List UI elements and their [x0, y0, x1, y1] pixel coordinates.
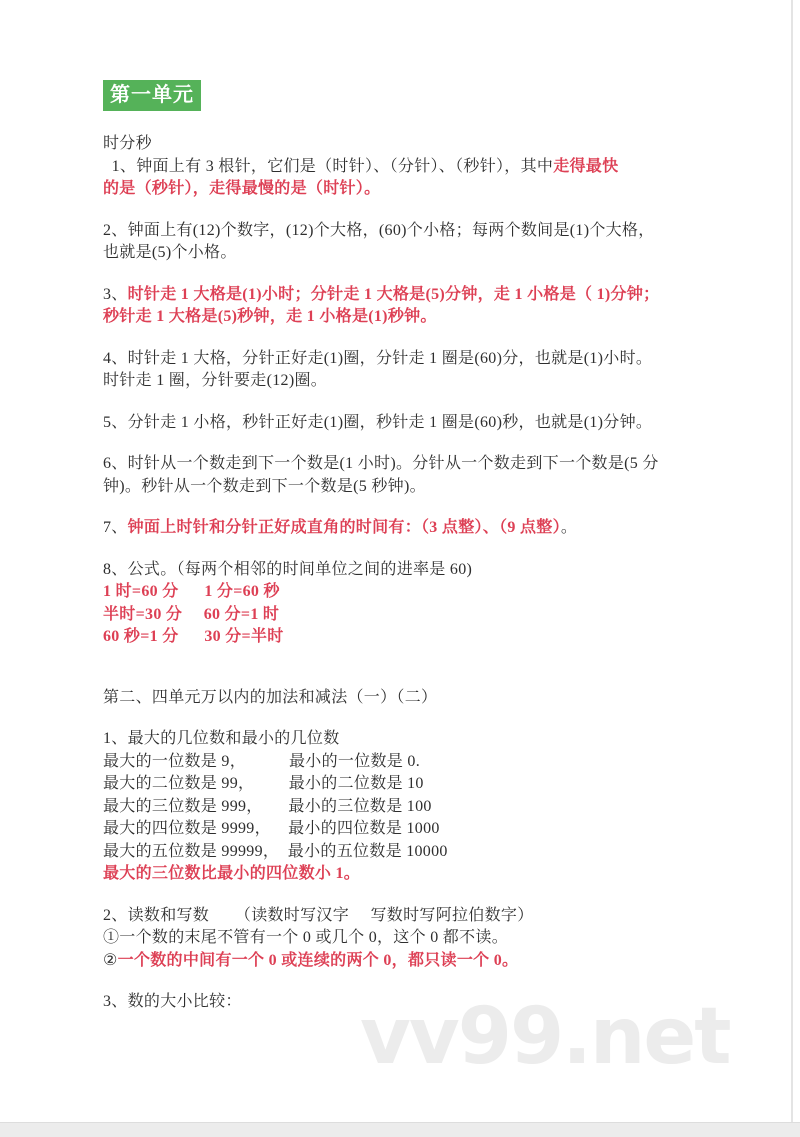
text-line: 2、钟面上有(12)个数字，(12)个大格，(60)个小格；每两个数间是(1)个… [103, 220, 800, 243]
text-run: 走得最快 [553, 158, 618, 175]
unit-header: 第一单元 [103, 80, 201, 111]
blank-line [103, 709, 800, 728]
blank-line [103, 434, 800, 453]
document-body: 第一单元 时分秒 1、钟面上有 3 根针，它们是（时针）、（分针）、（秒针），其… [0, 0, 800, 1014]
text-line: 钟)。秒针从一个数走到下一个数是(5 秒钟)。 [103, 476, 800, 499]
text-line: 的是（秒针），走得最慢的是（时针）。 [103, 178, 800, 201]
text-line: 60 秒=1 分 30 分=半时 [103, 626, 800, 649]
text-line: 半时=30 分 60 分=1 时 [103, 604, 800, 627]
text-line: 最大的二位数是 99， 最小的二位数是 10 [103, 773, 800, 796]
blank-line [103, 498, 800, 517]
text-line: 3、数的大小比较： [103, 991, 800, 1014]
text-run: 最大的三位数比最小的四位数小 1。 [103, 865, 360, 882]
text-run: 5、分针走 1 小格，秒针正好走(1)圈，秒针走 1 圈是(60)秒，也就是(1… [103, 414, 652, 431]
text-line: 4、时针走 1 大格，分针正好走(1)圈，分针走 1 圈是(60)分，也就是(1… [103, 348, 800, 371]
text-run: 第二、四单元万以内的加法和减法（一）（二） [103, 689, 437, 706]
text-line: 6、时针从一个数走到下一个数是(1 小时)。分针从一个数走到下一个数是(5 分 [103, 453, 800, 476]
text-run: 7、 [103, 519, 128, 536]
text-line: 3、时针走 1 大格是(1)小时；分针走 1 大格是(5)分钟，走 1 小格是（… [103, 284, 800, 307]
text-line: 第二、四单元万以内的加法和减法（一）（二） [103, 687, 800, 710]
blank-line [103, 329, 800, 348]
text-line: 时分秒 [103, 133, 800, 156]
text-run: 半时=30 分 60 分=1 时 [103, 606, 279, 623]
text-line: 最大的五位数是 99999， 最小的五位数是 10000 [103, 841, 800, 864]
text-run: 钟面上时针和分针正好成直角的时间有：（3 点整）、（9 点整） [128, 519, 561, 536]
text-line: 7、钟面上时针和分针正好成直角的时间有：（3 点整）、（9 点整）。 [103, 517, 800, 540]
blank-line [103, 540, 800, 559]
text-line: 最大的四位数是 9999， 最小的四位数是 1000 [103, 818, 800, 841]
text-run: 最大的一位数是 9， 最小的一位数是 0. [103, 753, 420, 770]
blank-line [103, 668, 800, 687]
text-line: 8、公式。（每两个相邻的时间单位之间的进率是 60) [103, 559, 800, 582]
text-run: ①一个数的末尾不管有一个 0 或几个 0，这个 0 都不读。 [103, 929, 508, 946]
blank-line [103, 393, 800, 412]
document-text: 时分秒 1、钟面上有 3 根针，它们是（时针）、（分针）、（秒针），其中走得最快… [103, 133, 800, 1014]
text-run: 一个数的中间有一个 0 或连续的两个 0，都只读一个 0。 [118, 952, 519, 969]
text-run: 。 [561, 519, 577, 536]
text-line: 最大的三位数是 999， 最小的三位数是 100 [103, 796, 800, 819]
text-line: ②一个数的中间有一个 0 或连续的两个 0，都只读一个 0。 [103, 950, 800, 973]
text-run: 60 秒=1 分 30 分=半时 [103, 628, 284, 645]
blank-line [103, 886, 800, 905]
text-run: 3、数的大小比较： [103, 993, 242, 1010]
text-line: 秒针走 1 大格是(5)秒钟，走 1 小格是(1)秒钟。 [103, 306, 800, 329]
blank-line [103, 972, 800, 991]
document-page: vv99.net 第一单元 时分秒 1、钟面上有 3 根针，它们是（时针）、（分… [0, 0, 800, 1137]
text-line: 1、最大的几位数和最小的几位数 [103, 728, 800, 751]
text-run: 最大的四位数是 9999， 最小的四位数是 1000 [103, 820, 440, 837]
text-line: 2、读数和写数 （读数时写汉字 写数时写阿拉伯数字） [103, 905, 800, 928]
text-run: 的是（秒针），走得最慢的是（时针）。 [103, 180, 380, 197]
page-bottom-strip [0, 1122, 800, 1137]
text-run: 时针走 1 大格是(1)小时；分针走 1 大格是(5)分钟，走 1 小格是（ 1… [128, 286, 660, 303]
blank-line [103, 201, 800, 220]
text-run: 4、时针走 1 大格，分针正好走(1)圈，分针走 1 圈是(60)分，也就是(1… [103, 350, 652, 367]
text-run: 1、钟面上有 3 根针，它们是（时针）、（分针）、（秒针），其中 [103, 158, 553, 175]
text-run: 最大的二位数是 99， 最小的二位数是 10 [103, 775, 424, 792]
text-run: 钟)。秒针从一个数走到下一个数是(5 秒钟)。 [103, 478, 426, 495]
text-line: 也就是(5)个小格。 [103, 242, 800, 265]
text-run: 1 时=60 分 1 分=60 秒 [103, 583, 280, 600]
text-run: 也就是(5)个小格。 [103, 244, 237, 261]
text-line: ①一个数的末尾不管有一个 0 或几个 0，这个 0 都不读。 [103, 927, 800, 950]
text-run: 3、 [103, 286, 128, 303]
blank-line [103, 265, 800, 284]
text-line: 1、钟面上有 3 根针，它们是（时针）、（分针）、（秒针），其中走得最快 [103, 156, 800, 179]
text-run: 秒针走 1 大格是(5)秒钟，走 1 小格是(1)秒钟。 [103, 308, 437, 325]
page-right-edge-line [791, 0, 793, 1122]
blank-line [103, 649, 800, 668]
text-line: 最大的一位数是 9， 最小的一位数是 0. [103, 751, 800, 774]
text-line: 时针走 1 圈，分针要走(12)圈。 [103, 370, 800, 393]
text-line: 最大的三位数比最小的四位数小 1。 [103, 863, 800, 886]
text-line: 1 时=60 分 1 分=60 秒 [103, 581, 800, 604]
text-run: 2、读数和写数 （读数时写汉字 写数时写阿拉伯数字） [103, 907, 534, 924]
text-run: 最大的三位数是 999， 最小的三位数是 100 [103, 798, 432, 815]
text-run: 时分秒 [103, 135, 152, 152]
text-run: 8、公式。（每两个相邻的时间单位之间的进率是 60) [103, 561, 472, 578]
text-run: 2、钟面上有(12)个数字，(12)个大格，(60)个小格；每两个数间是(1)个… [103, 222, 655, 239]
text-run: 6、时针从一个数走到下一个数是(1 小时)。分针从一个数走到下一个数是(5 分 [103, 455, 659, 472]
text-run: 1、最大的几位数和最小的几位数 [103, 730, 340, 747]
text-line: 5、分针走 1 小格，秒针正好走(1)圈，秒针走 1 圈是(60)秒，也就是(1… [103, 412, 800, 435]
text-run: 最大的五位数是 99999， 最小的五位数是 10000 [103, 843, 448, 860]
text-run: ② [103, 952, 118, 969]
text-run: 时针走 1 圈，分针要走(12)圈。 [103, 372, 327, 389]
